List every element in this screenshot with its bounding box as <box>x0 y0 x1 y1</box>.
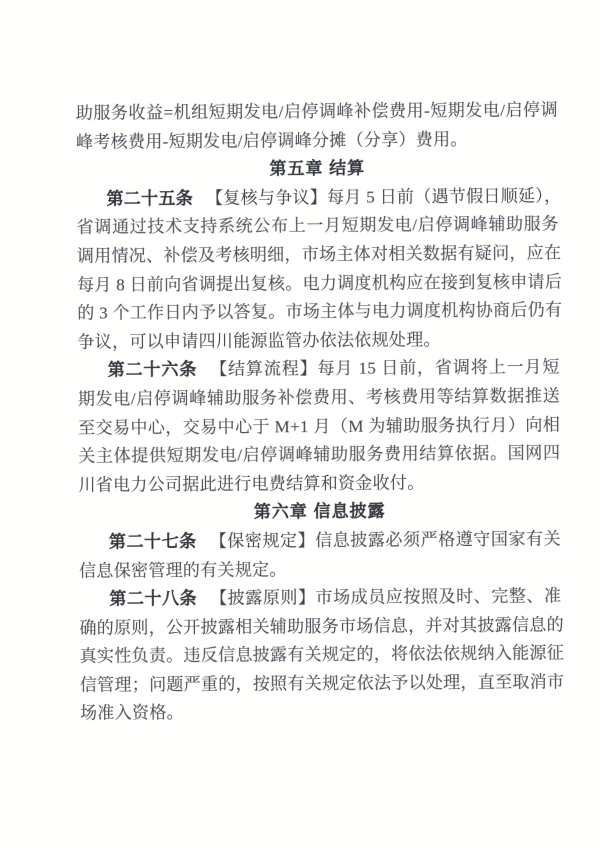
text-line: 省调通过技术支持系统公布上一月短期发电/启停调峰辅助服务 <box>77 211 559 243</box>
article-number: 第二十七条 <box>109 532 197 552</box>
article-text: 信息披露必须严格遵守国家有关 <box>315 529 561 550</box>
article-label: 【结算流程】 <box>210 359 318 379</box>
text-line: 第二十五条【复核与争议】每月 5 日前（遇节假日顺延）， <box>76 182 558 214</box>
text-line: 川省电力公司据此进行电费结算和资金收付。 <box>78 468 560 500</box>
text-line: 期发电/启停调峰辅助服务补偿费用、考核费用等结算数据推送 <box>78 382 560 414</box>
text-line: 争议，可以申请四川能源监管办依法依规处理。 <box>77 325 559 357</box>
article-text: 市场成员应按照及时、完整、准 <box>316 586 562 607</box>
text-line: 至交易中心，交易中心于 M+1 月（M 为辅助服务执行月）向相 <box>78 411 560 443</box>
article-label: 【保密规定】 <box>210 531 316 551</box>
article-number: 第二十五条 <box>106 189 193 209</box>
document-body: 助服务收益=机组短期发电/启停调峰补偿费用-短期发电/启停调峰考核费用-短期发电… <box>76 96 562 728</box>
chapter-heading: 第六章 信息披露 <box>79 497 561 529</box>
document-page: 助服务收益=机组短期发电/启停调峰补偿费用-短期发电/启停调峰考核费用-短期发电… <box>0 0 600 848</box>
text-line: 场准入资格。 <box>80 697 562 729</box>
article-label: 【披露原则】 <box>210 588 316 608</box>
text-line: 峰考核费用-短期发电/启停调峰分摊（分享）费用。 <box>76 125 558 157</box>
article-number: 第二十六条 <box>108 360 198 380</box>
article-number: 第二十八条 <box>109 589 197 609</box>
text-line: 信息保密管理的有关规定。 <box>79 554 561 586</box>
text-line: 每月 8 日前向省调提出复核。电力调度机构应在接到复核申请后 <box>77 268 559 300</box>
text-line: 关主体提供短期发电/启停调峰辅助服务费用结算依据。国网四 <box>78 439 560 471</box>
article-text: 每月 15 日前，省调将上一月短 <box>318 358 560 379</box>
text-line: 的 3 个工作日内予以答复。市场主体与电力调度机构协商后仍有 <box>77 296 559 328</box>
text-line: 第二十七条【保密规定】信息披露必须严格遵守国家有关 <box>79 525 561 557</box>
text-line: 确的原则，公开披露相关辅助服务市场信息，并对其披露信息的 <box>79 611 561 643</box>
chapter-heading: 第五章 结算 <box>76 154 558 186</box>
text-line: 调用情况、补偿及考核明细，市场主体对相关数据有疑问，应在 <box>77 239 559 271</box>
text-line: 助服务收益=机组短期发电/启停调峰补偿费用-短期发电/启停调 <box>76 96 558 128</box>
article-label: 【复核与争议】 <box>206 188 327 208</box>
text-line: 真实性负责。违反信息披露有关规定的，将依法依规纳入能源征 <box>80 640 562 672</box>
text-line: 信管理；问题严重的，按照有关规定依法予以处理，直至取消市 <box>80 668 562 700</box>
text-line: 第二十八条【披露原则】市场成员应按照及时、完整、准 <box>79 582 561 614</box>
text-line: 第二十六条【结算流程】每月 15 日前，省调将上一月短 <box>78 354 560 386</box>
article-text: 每月 5 日前（遇节假日顺延）， <box>327 186 561 207</box>
